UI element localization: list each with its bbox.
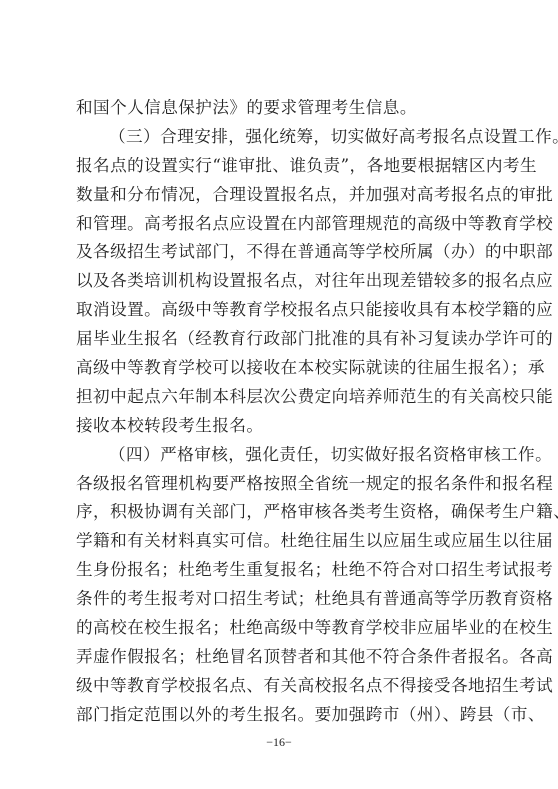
text-line: 序，积极协调有关部门，严格审核各类考生资格，确保考生户籍、: [76, 498, 486, 527]
text-line: 取消设置。高级中等教育学校报名点只能接收具有本校学籍的应: [76, 296, 486, 325]
section-heading-4: （四）严格审核，强化责任，切实做好报名资格审核工作。: [76, 441, 486, 470]
section-heading-3: （三）合理安排，强化统筹，切实做好高考报名点设置工作。: [76, 123, 486, 152]
text-line: 和管理。高考报名点应设置在内部管理规范的高级中等教育学校: [76, 210, 486, 239]
text-line: 和国个人信息保护法》的要求管理考生信息。: [76, 94, 486, 123]
text-line: 高级中等教育学校可以接收在本校实际就读的往届生报名）；承: [76, 354, 486, 383]
text-line: 届毕业生报名（经教育行政部门批准的具有补习复读办学许可的: [76, 325, 486, 354]
text-line: 生身份报名；杜绝考生重复报名；杜绝不符合对口招生考试报考: [76, 556, 486, 585]
page-number: −16−: [0, 735, 558, 750]
text-line: 弄虚作假报名；杜绝冒名顶替者和其他不符合条件者报名。各高: [76, 643, 486, 672]
text-line: 报名点的设置实行“谁审批、谁负责”，各地要根据辖区内考生: [76, 152, 486, 181]
text-line: 及各级招生考试部门，不得在普通高等学校所属（办）的中职部: [76, 238, 486, 267]
text-line: 各级报名管理机构要严格按照全省统一规定的报名条件和报名程: [76, 470, 486, 499]
text-line: 以及各类培训机构设置报名点，对往年出现差错较多的报名点应: [76, 267, 486, 296]
text-line: 条件的考生报考对口招生考试；杜绝具有普通高等学历教育资格: [76, 585, 486, 614]
text-line: 级中等教育学校报名点、有关高校报名点不得接受各地招生考试: [76, 672, 486, 701]
document-page: 和国个人信息保护法》的要求管理考生信息。 （三）合理安排，强化统筹，切实做好高考…: [0, 0, 558, 789]
text-line: 接收本校转段考生报名。: [76, 412, 486, 441]
body-text: 和国个人信息保护法》的要求管理考生信息。 （三）合理安排，强化统筹，切实做好高考…: [76, 94, 486, 730]
text-line: 担初中起点六年制本科层次公费定向培养师范生的有关高校只能: [76, 383, 486, 412]
text-line: 学籍和有关材料真实可信。杜绝往届生以应届生或应届生以往届: [76, 527, 486, 556]
text-line: 数量和分布情况，合理设置报名点，并加强对高考报名点的审批: [76, 181, 486, 210]
text-line: 部门指定范围以外的考生报名。要加强跨市（州）、跨县（市、: [76, 701, 486, 730]
text-line: 的高校在校生报名；杜绝高级中等教育学校非应届毕业的在校生: [76, 614, 486, 643]
